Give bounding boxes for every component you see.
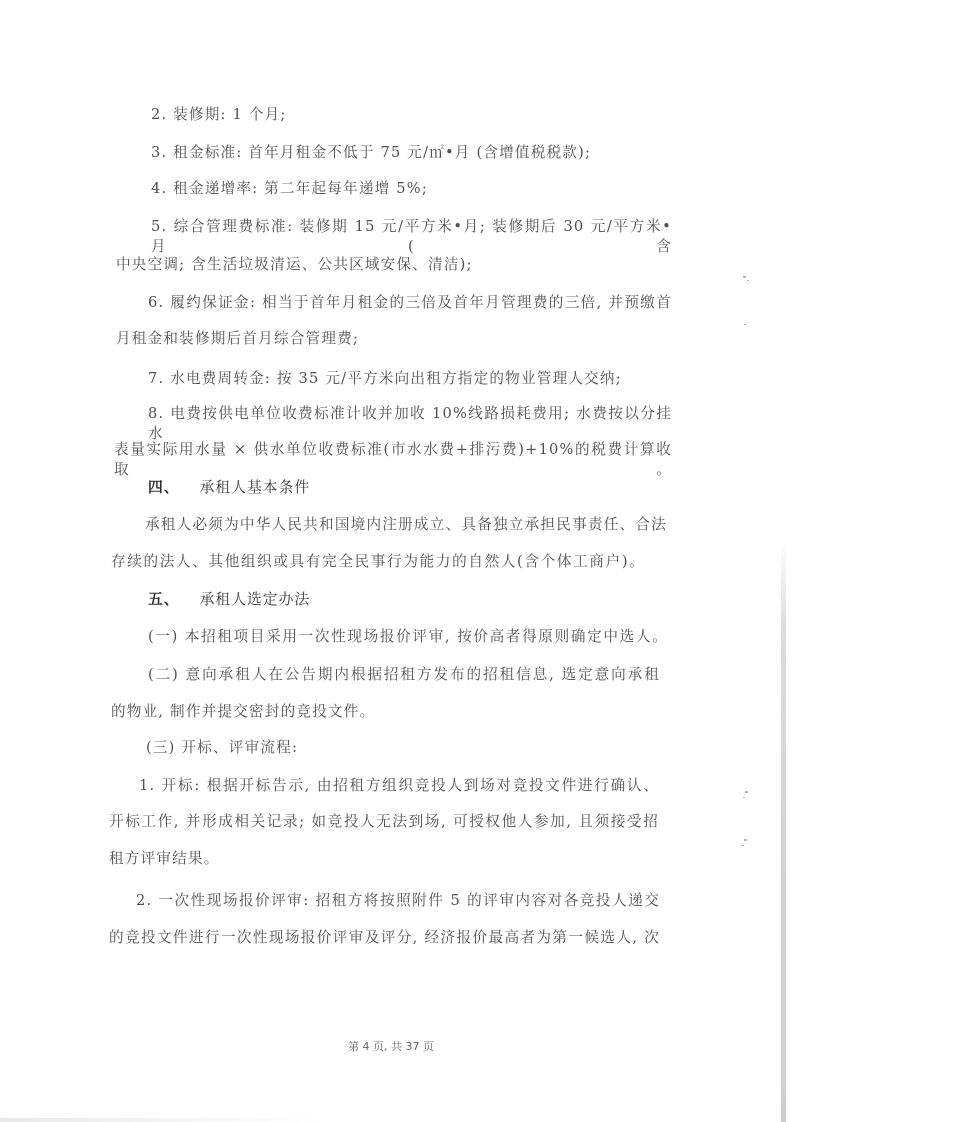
section-title: 承租人选定办法 [200,591,311,608]
text-line: 2. 一次性现场报价评审: 招租方将按照附件 5 的评审内容对各竞投人递交 [136,891,660,911]
section-number: 四、 [148,479,180,496]
document-page: 2. 装修期: 1 个月;3. 租金标准: 首年月租金不低于 75 元/㎡•月 … [0,0,960,1122]
text-line: 中央空调; 含生活垃圾清运、公共区域安保、清洁); [116,255,473,275]
text-line: 5. 综合管理费标准: 装修期 15 元/平方米•月; 装修期后 30 元/平方… [151,217,672,257]
section-heading: 四、承租人基本条件 [148,478,310,498]
text-line: (三) 开标、评审流程: [146,738,298,758]
section-heading: 五、承租人选定办法 [148,590,310,610]
section-number: 五、 [148,591,180,608]
text-line: 开标工作, 并形成相关记录; 如竞投人无法到场, 可授权他人参加, 且须接受招 [109,812,659,832]
text-line: 7. 水电费周转金: 按 35 元/平方米向出租方指定的物业管理人交纳; [148,369,622,389]
scan-speck [743,276,746,278]
text-line: (一) 本招租项目采用一次性现场报价评审, 按价高者得原则确定中选人。 [148,627,668,647]
scan-speck [747,280,749,281]
scan-speck [745,791,748,793]
text-line: 8. 电费按供电单位收费标准计收并加收 10%线路损耗费用; 水费按以分挂水 [148,404,672,444]
text-line: 6. 履约保证金: 相当于首年月租金的三倍及首年月管理费的三倍, 并预缴首 [148,293,672,313]
text-line: 租方评审结果。 [109,849,220,869]
text-line: 1. 开标: 根据开标告示, 由招租方组织竞投人到场对竞投文件进行确认、 [139,776,659,796]
scan-speck [744,324,746,325]
text-line: 承租人必须为中华人民共和国境内注册成立、具备独立承担民事责任、合法 [145,515,667,535]
text-line: 2. 装修期: 1 个月; [151,105,287,125]
scan-speck [744,839,747,841]
text-line: 月租金和装修期后首月综合管理费; [116,329,359,349]
scan-artifact-line [781,540,786,1122]
scan-speck [743,797,745,798]
text-line: 表量实际用水量 × 供水单位收费标准(市水水费+排污费)+10%的税费计算收取。 [114,440,672,480]
text-line: (二) 意向承租人在公告期内根据招租方发布的招租信息, 选定意向承租 [148,665,660,685]
text-line: 3. 租金标准: 首年月租金不低于 75 元/㎡•月 (含增值税税款); [151,143,591,163]
text-line: 存续的法人、其他组织或具有完全民事行为能力的自然人(含个体工商户)。 [111,552,645,572]
text-line: 的物业, 制作并提交密封的竞投文件。 [111,702,375,722]
scan-speck [742,845,744,846]
page-number: 第 4 页, 共 37 页 [0,1038,782,1054]
text-line: 4. 租金递增率: 第二年起每年递增 5%; [151,179,428,199]
scan-bottom-edge [0,1118,320,1122]
text-line: 的竞投文件进行一次性现场报价评审及评分, 经济报价最高者为第一候选人, 次 [109,928,660,948]
section-title: 承租人基本条件 [200,479,311,496]
